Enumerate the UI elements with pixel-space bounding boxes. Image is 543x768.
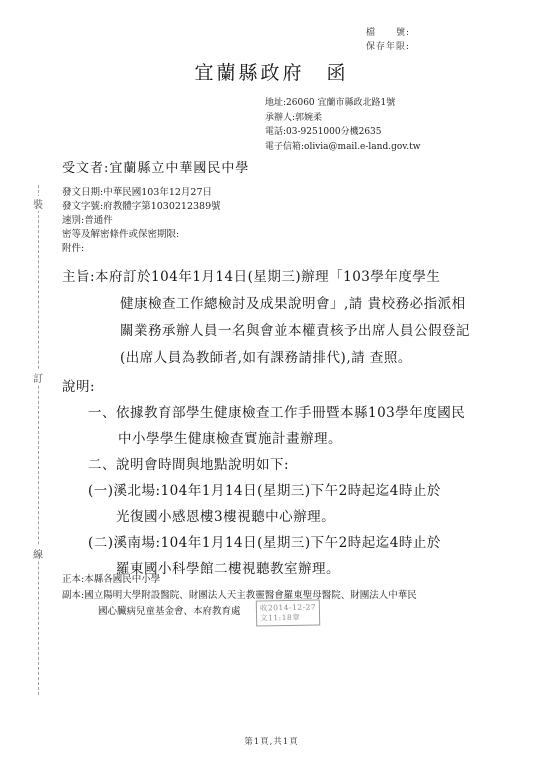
stamp-time-line: 文11:18章	[260, 613, 316, 624]
subject-paragraph: 主旨:本府訂於104年1月14日(星期三)辦理「103學年度學生 健康檢查工作總…	[62, 264, 492, 372]
delivery-speed: 速別:普通件	[62, 214, 221, 228]
sender-email: 電子信箱:olivia@mail.e-land.gov.tw	[265, 140, 420, 155]
binding-mark-ding: 訂	[31, 370, 45, 385]
sender-address: 地址:26060 宜蘭市縣政北路1號	[265, 96, 420, 111]
stamp-date-line: 收2014-12-27	[260, 603, 316, 614]
sender-contact-person: 承辦人:郭婉柔	[265, 111, 420, 126]
description-item: 一、依據教育部學生健康檢查工作手冊暨本縣103學年度國民	[62, 400, 492, 426]
issue-date: 發文日期:中華民國103年12月27日	[62, 186, 221, 200]
document-title: 宜蘭縣政府 函	[0, 58, 543, 85]
binding-dashed-line	[38, 185, 39, 695]
subject-line: (出席人員為教師者,如有課務請排代),請 查照。	[62, 345, 492, 372]
description-section: 說明: 一、依據教育部學生健康檢查工作手冊暨本縣103學年度國民 中小學學生健康…	[62, 374, 492, 582]
recipient-line: 受文者:宜蘭縣立中華國民中學	[62, 157, 249, 176]
description-item-continuation: 中小學學生健康檢查實施計畫辦理。	[62, 426, 492, 452]
binding-mark-xian: 線	[31, 546, 45, 561]
attachment-label: 附件:	[62, 242, 221, 256]
file-number-label: 檔 號:	[366, 26, 410, 40]
security-classification: 密等及解密條件或保密期限:	[62, 228, 221, 242]
description-subitem-continuation: 光復國小感恩樓3樓視聽中心辦理。	[62, 504, 492, 530]
received-date-stamp: 收2014-12-27 文11:18章	[256, 599, 321, 626]
original-recipients: 正本:本縣各國民中小學	[62, 572, 512, 588]
subject-line: 主旨:本府訂於104年1月14日(星期三)辦理「103學年度學生	[62, 264, 492, 291]
binding-mark-zhuang: 裝	[31, 196, 45, 211]
subject-line: 健康檢查工作總檢討及成果說明會」,請 貴校務必指派相	[62, 291, 492, 318]
sender-contact-block: 地址:26060 宜蘭市縣政北路1號 承辦人:郭婉柔 電話:03-9251000…	[265, 96, 420, 154]
description-heading: 說明:	[62, 374, 492, 400]
retention-period-label: 保存年限:	[366, 40, 410, 54]
document-number: 發文字號:府教體字第1030212389號	[62, 200, 221, 214]
page-number-footer: 第1頁,共1頁	[0, 735, 543, 747]
description-subitem: (二)溪南場:104年1月14日(星期三)下午2時起迄4時止於	[62, 530, 492, 556]
sender-phone: 電話:03-9251000分機2635	[265, 125, 420, 140]
subject-line: 關業務承辦人員一名與會並本權責核予出席人員公假登記	[62, 318, 492, 345]
scanned-official-letter: 檔 號: 保存年限: 宜蘭縣政府 函 地址:26060 宜蘭市縣政北路1號 承辦…	[0, 0, 543, 768]
file-retention-block: 檔 號: 保存年限:	[366, 26, 410, 54]
document-meta-block: 發文日期:中華民國103年12月27日 發文字號:府教體字第1030212389…	[62, 186, 221, 256]
description-subitem: (一)溪北場:104年1月14日(星期三)下午2時起迄4時止於	[62, 478, 492, 504]
description-item: 二、說明會時間與地點說明如下:	[62, 452, 492, 478]
